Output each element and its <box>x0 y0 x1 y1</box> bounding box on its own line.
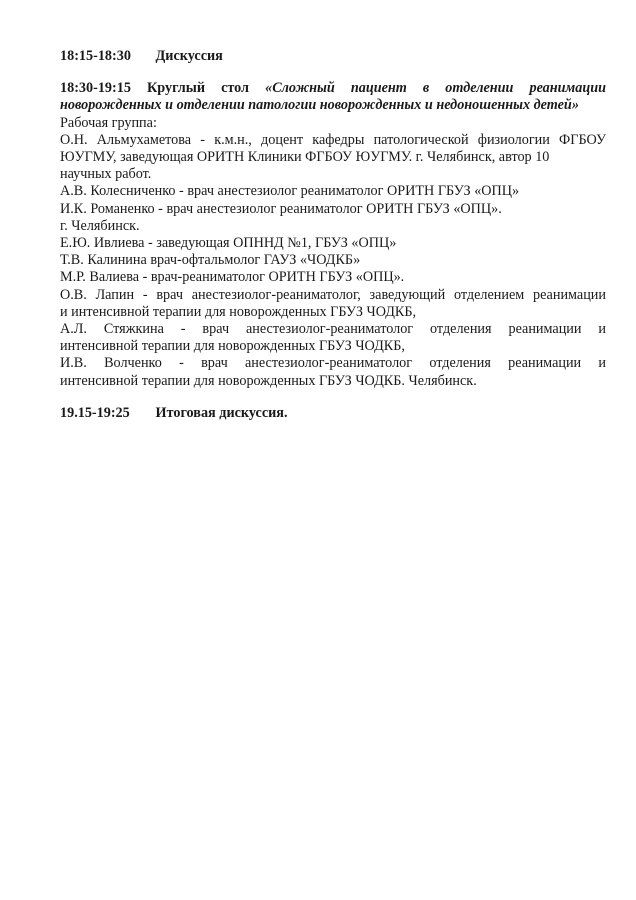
member-line: И.К. Романенко - врач анестезиолог реани… <box>60 201 606 218</box>
session-title-italic: «Сложный пациент в отделении реанимации <box>265 80 606 96</box>
session-time: 19.15-19:25 <box>60 405 152 422</box>
member-line: И.В. Волченко - врач анестезиолог-реаним… <box>60 355 606 372</box>
member-line: О.В. Лапин - врач анестезиолог-реанимато… <box>60 287 606 304</box>
working-group-label: Рабочая группа: <box>60 115 606 132</box>
member-line: интенсивной терапии для новорожденных ГБ… <box>60 373 606 390</box>
member-line: А.Л. Стяжкина - врач анестезиолог-реаним… <box>60 321 606 338</box>
member-line: М.Р. Валиева - врач-реаниматолог ОРИТН Г… <box>60 269 606 286</box>
member-line: А.В. Колесниченко - врач анестезиолог ре… <box>60 183 606 200</box>
round-table-heading-line2: новорожденных и отделении патологии ново… <box>60 97 606 114</box>
session-round-table: 18:30-19:15 Круглый стол «Сложный пациен… <box>60 80 606 390</box>
session-time: 18:15-18:30 <box>60 48 152 65</box>
session-title-prefix: Круглый стол <box>147 80 249 96</box>
session-final-discussion: 19.15-19:25 Итоговая дискуссия. <box>60 405 606 422</box>
member-line: и интенсивной терапии для новорожденных … <box>60 304 606 321</box>
member-line: интенсивной терапии для новорожденных ГБ… <box>60 338 606 355</box>
member-line: научных работ. <box>60 166 606 183</box>
member-line: О.Н. Альмухаметова - к.м.н., доцент кафе… <box>60 132 606 149</box>
member-line: Т.В. Калинина врач-офтальмолог ГАУЗ «ЧОД… <box>60 252 606 269</box>
program-page: 18:15-18:30 Дискуссия 18:30-19:15 Круглы… <box>60 48 606 422</box>
session-title: Дискуссия <box>156 48 223 64</box>
round-table-heading-line1: 18:30-19:15 Круглый стол «Сложный пациен… <box>60 80 606 97</box>
session-time: 18:30-19:15 <box>60 80 131 96</box>
session-discussion: 18:15-18:30 Дискуссия <box>60 48 606 65</box>
member-line: Е.Ю. Ивлиева - заведующая ОПННД №1, ГБУЗ… <box>60 235 606 252</box>
member-line: ЮУГМУ, заведующая ОРИТН Клиники ФГБОУ ЮУ… <box>60 149 606 166</box>
member-line: г. Челябинск. <box>60 218 606 235</box>
session-title: Итоговая дискуссия. <box>156 405 288 421</box>
